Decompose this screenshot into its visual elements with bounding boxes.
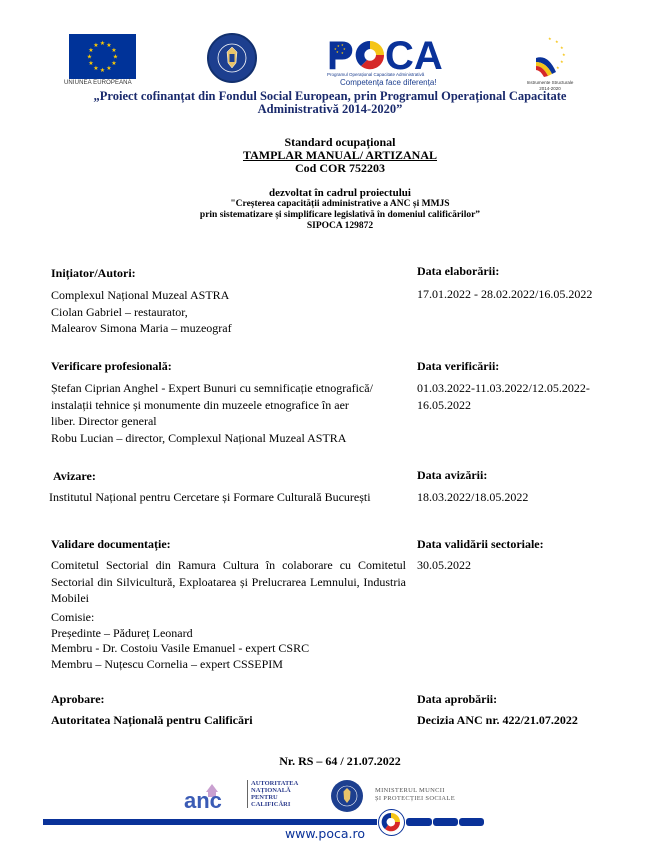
verification-date-line2: 16.05.2022 xyxy=(417,397,617,414)
approval-text: Autoritatea Națională pentru Calificări xyxy=(51,713,406,728)
project-name-line2: prin sistematizare și simplificare legis… xyxy=(100,210,580,221)
svg-text:★: ★ xyxy=(556,65,560,70)
svg-text:★: ★ xyxy=(87,54,92,61)
approval-heading: Aprobare: xyxy=(51,692,406,707)
commission-member: Membru - Dr. Costoiu Vasile Emanuel - ex… xyxy=(51,641,406,657)
project-block: dezvoltat în cadrul proiectului "Creșter… xyxy=(100,187,580,232)
initiator-line: Ciolan Gabriel – restaurator, xyxy=(51,304,406,321)
project-intro: dezvoltat în cadrul proiectului xyxy=(100,187,580,199)
cofinance-statement: „Proiect cofinanțat din Fondul Social Eu… xyxy=(60,90,600,116)
commission-label: Comisie: xyxy=(51,610,406,626)
svg-text:★: ★ xyxy=(100,67,105,74)
verification-list: Ștefan Ciprian Anghel - Expert Bunuri cu… xyxy=(51,380,411,446)
anc-name-line: AUTORITATEA xyxy=(251,780,298,787)
svg-text:★: ★ xyxy=(106,65,111,72)
poca-slogan: Competența face diferența! xyxy=(340,78,437,87)
commission-member: Membru – Nuțescu Cornelia – expert CSSEP… xyxy=(51,657,406,673)
elaboration-date-value: 17.01.2022 - 28.02.2022/16.05.2022 xyxy=(417,286,617,303)
svg-text:★: ★ xyxy=(341,51,344,55)
validation-heading: Validare documentație: xyxy=(51,537,406,552)
svg-text:★: ★ xyxy=(111,47,116,54)
validation-date-value: 30.05.2022 xyxy=(417,557,617,574)
anc-logo: anc xyxy=(184,782,240,810)
svg-text:★: ★ xyxy=(548,36,552,41)
ministry-name-line: MINISTERUL MUNCII xyxy=(375,787,455,795)
svg-text:★: ★ xyxy=(560,59,564,64)
svg-text:★: ★ xyxy=(334,47,337,51)
initiator-line: Complexul Național Muzeal ASTRA xyxy=(51,287,406,304)
endorsement-heading: Avizare: xyxy=(53,469,408,484)
commission-member: Președinte – Pădureț Leonard xyxy=(51,626,406,642)
poca-subtitle: Programul Operațional Capacitate Adminis… xyxy=(327,72,424,77)
project-name-line1: "Creșterea capacității administrative a … xyxy=(100,199,580,210)
initiator-list: Complexul Național Muzeal ASTRA Ciolan G… xyxy=(51,287,406,337)
ministry-seal-logo xyxy=(331,780,363,812)
svg-text:★: ★ xyxy=(555,39,559,44)
svg-text:★: ★ xyxy=(93,65,98,72)
validation-text: Comitetul Sectorial din Ramura Cultura î… xyxy=(51,557,406,607)
occupational-standard-title: Standard ocupațional TAMPLAR MANUAL/ ART… xyxy=(100,136,580,175)
eu-caption: UNIUNEA EUROPEANĂ xyxy=(64,80,132,86)
verification-line: liber. Director general xyxy=(51,413,411,430)
government-seal-logo xyxy=(207,33,257,83)
endorsement-date-value: 18.03.2022/18.05.2022 xyxy=(417,489,617,506)
anc-name-line: NAȚIONALĂ xyxy=(251,787,298,794)
cor-code: Cod COR 752203 xyxy=(100,162,580,175)
svg-text:CA: CA xyxy=(385,34,443,75)
cofinance-line2: Administrativă 2014-2020” xyxy=(60,103,600,116)
ministry-name-line: ȘI PROTECȚIEI SOCIALE xyxy=(375,795,455,803)
verification-heading: Verificare profesională: xyxy=(51,359,406,374)
svg-text:★: ★ xyxy=(93,42,98,49)
svg-text:★: ★ xyxy=(100,40,105,47)
footer-bar xyxy=(43,819,377,825)
approval-date-value: Decizia ANC nr. 422/21.07.2022 xyxy=(417,713,617,728)
svg-text:★: ★ xyxy=(337,44,340,48)
svg-text:anc: anc xyxy=(184,788,222,810)
registration-number: Nr. RS – 64 / 21.07.2022 xyxy=(200,754,480,769)
approval-date-heading: Data aprobării: xyxy=(417,692,617,707)
eu-flag-logo: ★ ★ ★ ★ ★ ★ ★ ★ ★ ★ ★ ★ xyxy=(69,34,136,79)
verification-line: Ștefan Ciprian Anghel - Expert Bunuri cu… xyxy=(51,380,411,397)
initiator-heading: Inițiator/Autori: xyxy=(51,266,406,281)
initiator-line: Malearov Simona Maria – muzeograf xyxy=(51,320,406,337)
svg-text:★: ★ xyxy=(562,52,566,57)
elaboration-date-heading: Data elaborării: xyxy=(417,264,617,279)
verification-date-heading: Data verificării: xyxy=(417,359,617,374)
verification-date-value: 01.03.2022-11.03.2022/12.05.2022- 16.05.… xyxy=(417,380,617,413)
poca-logo: P ★★★★★★ CA xyxy=(327,33,453,75)
anc-name-line: CALIFICĂRI xyxy=(251,801,298,808)
verification-date-line1: 01.03.2022-11.03.2022/12.05.2022- xyxy=(417,380,617,397)
svg-text:★: ★ xyxy=(111,60,116,67)
verification-line: Robu Lucian – director, Complexul Națion… xyxy=(51,430,411,447)
endorsement-date-heading: Data avizării: xyxy=(417,468,617,483)
footer-bar-segment xyxy=(433,818,458,826)
structural-instruments-logo: ★★★★★★ xyxy=(530,34,570,78)
footer-bar-segment xyxy=(459,818,484,826)
project-code: SIPOCA 129872 xyxy=(100,221,580,232)
validation-date-heading: Data validării sectoriale: xyxy=(417,537,617,552)
endorsement-text: Institutul Național pentru Cercetare și … xyxy=(49,489,419,506)
website-link[interactable]: www.poca.ro xyxy=(230,826,420,841)
verification-line: instalații tehnice și monumente din muze… xyxy=(51,397,411,414)
footer-bar-segment xyxy=(406,818,432,826)
svg-text:★: ★ xyxy=(113,54,118,61)
commission-list: Comisie: Președinte – Pădureț Leonard Me… xyxy=(51,610,406,672)
svg-text:★: ★ xyxy=(560,45,564,50)
anc-name-line: PENTRU xyxy=(251,794,298,801)
eu-stars-icon: ★ ★ ★ ★ ★ ★ ★ ★ ★ ★ ★ ★ xyxy=(87,40,118,74)
anc-name: AUTORITATEA NAȚIONALĂ PENTRU CALIFICĂRI xyxy=(247,780,298,808)
ministry-name: MINISTERUL MUNCII ȘI PROTECȚIEI SOCIALE xyxy=(375,787,455,802)
svg-text:★: ★ xyxy=(88,60,93,67)
